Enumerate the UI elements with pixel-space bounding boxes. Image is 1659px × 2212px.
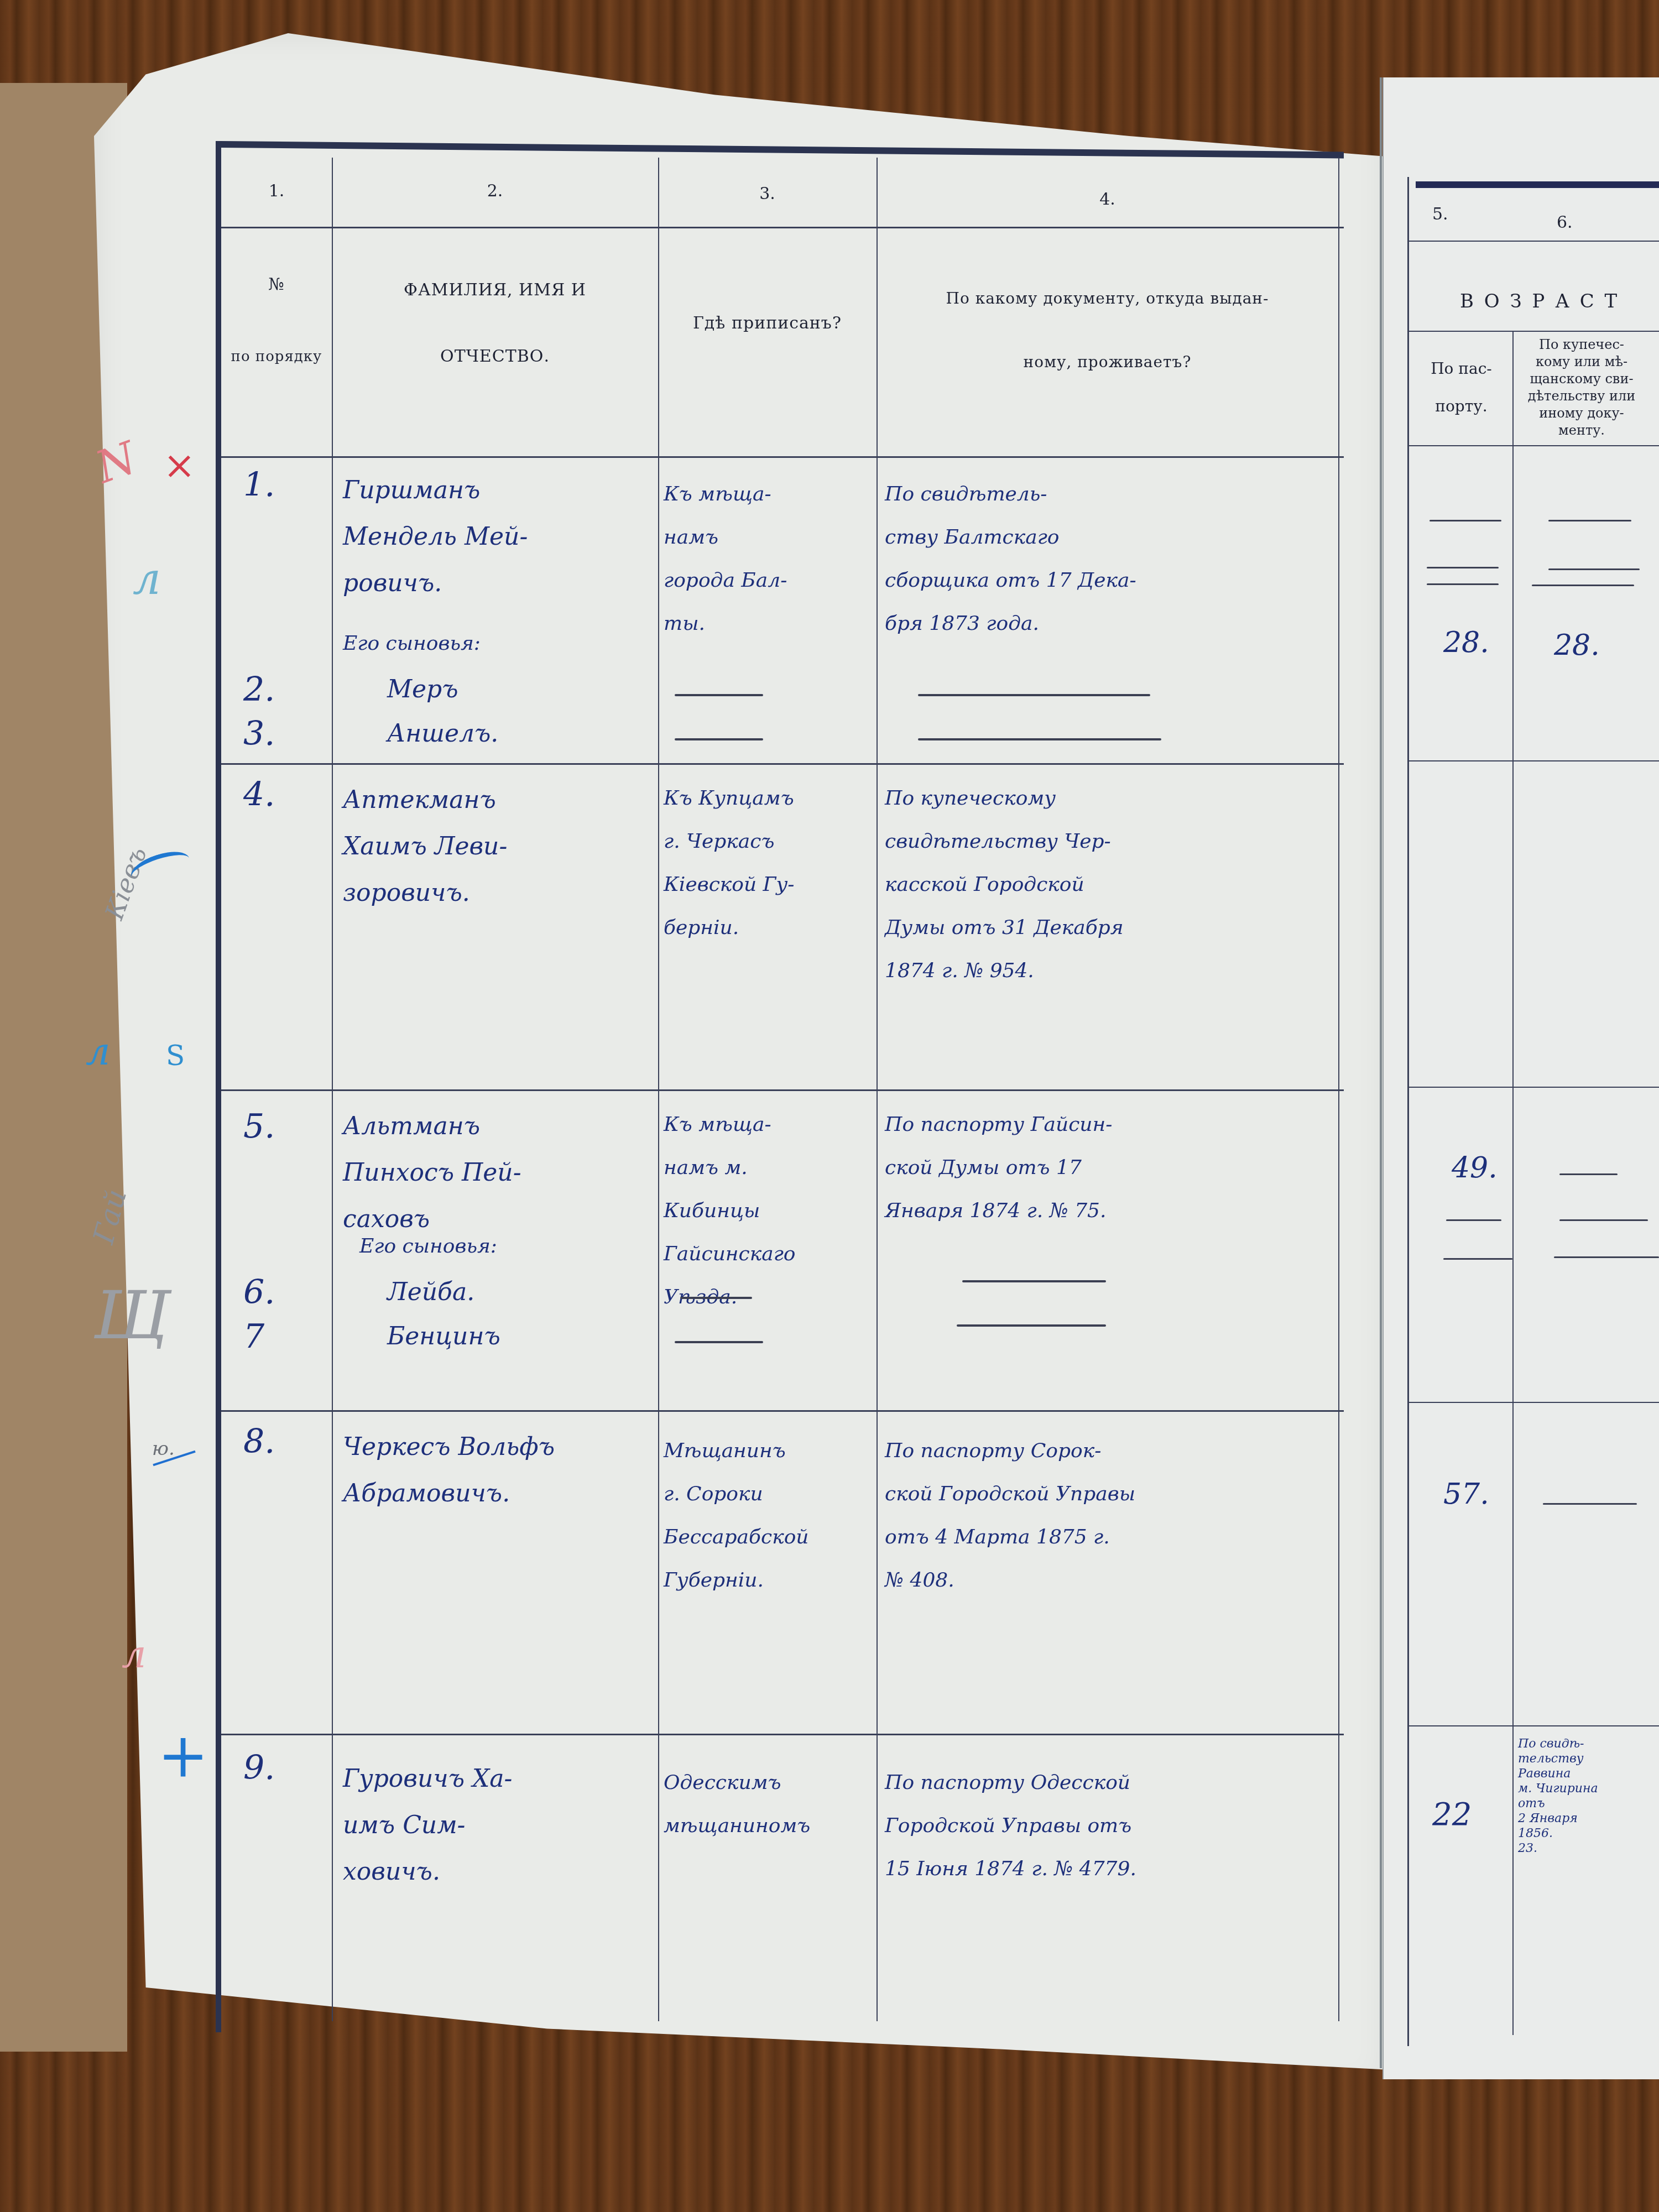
age-passport: 57.: [1443, 1471, 1489, 1517]
empty-dash: [1554, 1256, 1659, 1258]
registered-place: Къ Купцамъ г. Черкасъ Кіевской Гу- берні…: [664, 777, 794, 950]
header-order: по порядку: [221, 335, 332, 379]
age-certificate: По свидѣ- тельству Раввина м. Чигирина о…: [1518, 1736, 1598, 1856]
margin-note: л: [122, 1631, 147, 1677]
row-number: 5.: [243, 1103, 275, 1150]
row-divider: [221, 763, 1344, 765]
person-name: Аншелъ.: [387, 711, 498, 757]
row-divider: [1409, 445, 1659, 446]
empty-dash: [1532, 585, 1634, 586]
age-group-header: В О З Р А С Т: [1460, 290, 1619, 312]
empty-dash: [1443, 1258, 1512, 1260]
row-number: 1.: [243, 462, 275, 508]
registered-place: Къ мѣща- намъ города Бал- ты.: [664, 473, 787, 645]
person-name: Бенцинъ: [387, 1313, 500, 1360]
column-number-6: 6.: [1557, 213, 1573, 232]
document-info: По паспорту Одесской Городской Управы от…: [885, 1761, 1136, 1891]
document-info: По паспорту Сорок- ской Городской Управы…: [885, 1430, 1135, 1602]
sons-label: Его сыновья:: [343, 622, 481, 665]
header-number-symbol: №: [221, 263, 332, 307]
page-fold: [1380, 77, 1382, 2068]
empty-dash: [680, 1297, 752, 1299]
empty-dash: [1559, 1219, 1648, 1221]
person-name: Меръ: [387, 666, 458, 713]
empty-dash: [675, 1341, 763, 1343]
empty-dash: [675, 738, 763, 740]
row-number: 8.: [243, 1418, 275, 1465]
column-number-5: 5.: [1432, 205, 1448, 224]
registered-place: Одесскимъ мѣщаниномъ: [664, 1761, 810, 1848]
empty-dash: [1430, 520, 1501, 521]
column-number-2: 2.: [332, 163, 658, 218]
row-divider: [221, 1089, 1344, 1091]
table-top-rule: [221, 141, 1344, 158]
column-divider: [1512, 332, 1514, 2035]
empty-dash: [1427, 583, 1499, 585]
row-divider: [221, 456, 1344, 458]
column-number-4: 4.: [877, 169, 1338, 229]
person-name: Гиршманъ Мендель Мей- ровичъ.: [343, 467, 528, 607]
margin-note: Щ: [94, 1277, 170, 1354]
empty-dash: [957, 1324, 1106, 1327]
empty-dash: [675, 694, 763, 696]
person-name: Гуровичъ Ха- имъ Сим- ховичъ.: [343, 1756, 512, 1895]
age-passport: 22: [1432, 1792, 1472, 1838]
row-number: 7: [243, 1313, 264, 1360]
row-divider: [221, 1410, 1344, 1412]
row-divider: [1409, 1087, 1659, 1088]
document-info: По паспорту Гайсин- ской Думы отъ 17 Янв…: [885, 1103, 1112, 1233]
row-number: 2.: [243, 666, 275, 713]
empty-dash: [1446, 1219, 1501, 1221]
header-residence: ному, проживаетъ?: [877, 340, 1338, 384]
person-name: Альтманъ Пинхосъ Пей- саховъ: [343, 1103, 521, 1243]
age-passport: 28.: [1443, 619, 1489, 666]
person-name: Лейба.: [387, 1269, 474, 1316]
document-info: По свидѣтель- ству Балтскаго сборщика от…: [885, 473, 1136, 645]
header-passport: По пас- порту.: [1410, 359, 1512, 416]
header-surname-name: ФАМИЛИЯ, ИМЯ И: [332, 268, 658, 312]
empty-dash: [1548, 568, 1640, 570]
person-name: Аптекманъ Хаимъ Леви- зоровичъ.: [343, 777, 507, 916]
row-divider: [1409, 1402, 1659, 1403]
margin-note: л: [133, 553, 161, 604]
registered-place: Мѣщанинъ г. Сороки Бессарабской Губерніи…: [664, 1430, 809, 1602]
empty-dash: [962, 1280, 1106, 1282]
row-divider: [221, 1734, 1344, 1735]
row-number: 4.: [243, 771, 275, 818]
empty-dash: [1548, 520, 1631, 521]
empty-dash: [918, 738, 1161, 740]
header-certificate: По купечес- кому или мѣ- щанскому сви- д…: [1515, 336, 1648, 439]
age-passport: 49.: [1452, 1145, 1498, 1191]
header-registered-where: Гдѣ приписанъ?: [658, 301, 877, 346]
register-table: 1. 2. 3. 4. № по порядку ФАМИЛИЯ, ИМЯ И …: [216, 141, 1344, 2032]
row-divider: [1409, 1725, 1659, 1726]
margin-note: S: [166, 1040, 185, 1072]
empty-dash: [1559, 1173, 1618, 1175]
margin-note-plus: +: [158, 1720, 208, 1791]
row-number: 3.: [243, 711, 275, 757]
row-divider: [1409, 760, 1659, 761]
registered-place: Къ мѣща- намъ м. Кибинцы Гайсинскаго Уѣз…: [664, 1103, 796, 1319]
empty-dash: [1427, 567, 1499, 568]
empty-dash: [1543, 1503, 1637, 1505]
column-number-3: 3.: [658, 163, 877, 224]
row-number: 9.: [243, 1745, 275, 1791]
margin-note: л: [86, 1029, 111, 1074]
sons-label: Его сыновья:: [359, 1225, 497, 1268]
margin-note: ю.: [152, 1438, 175, 1460]
column-number-1: 1.: [221, 163, 332, 218]
age-certificate: 28.: [1554, 622, 1600, 669]
header-patronymic: ОТЧЕСТВО.: [332, 335, 658, 379]
row-number: 6.: [243, 1269, 275, 1316]
document-info: По купеческому свидѣтельству Чер- касско…: [885, 777, 1124, 993]
row-divider: [1409, 241, 1659, 242]
person-name: Черкесъ Вольфъ Абрамовичъ.: [343, 1424, 555, 1517]
header-document: По какому документу, откуда выдан-: [877, 276, 1338, 321]
margin-note-cross: ×: [163, 442, 196, 488]
row-divider: [1409, 331, 1659, 332]
empty-dash: [918, 694, 1150, 696]
